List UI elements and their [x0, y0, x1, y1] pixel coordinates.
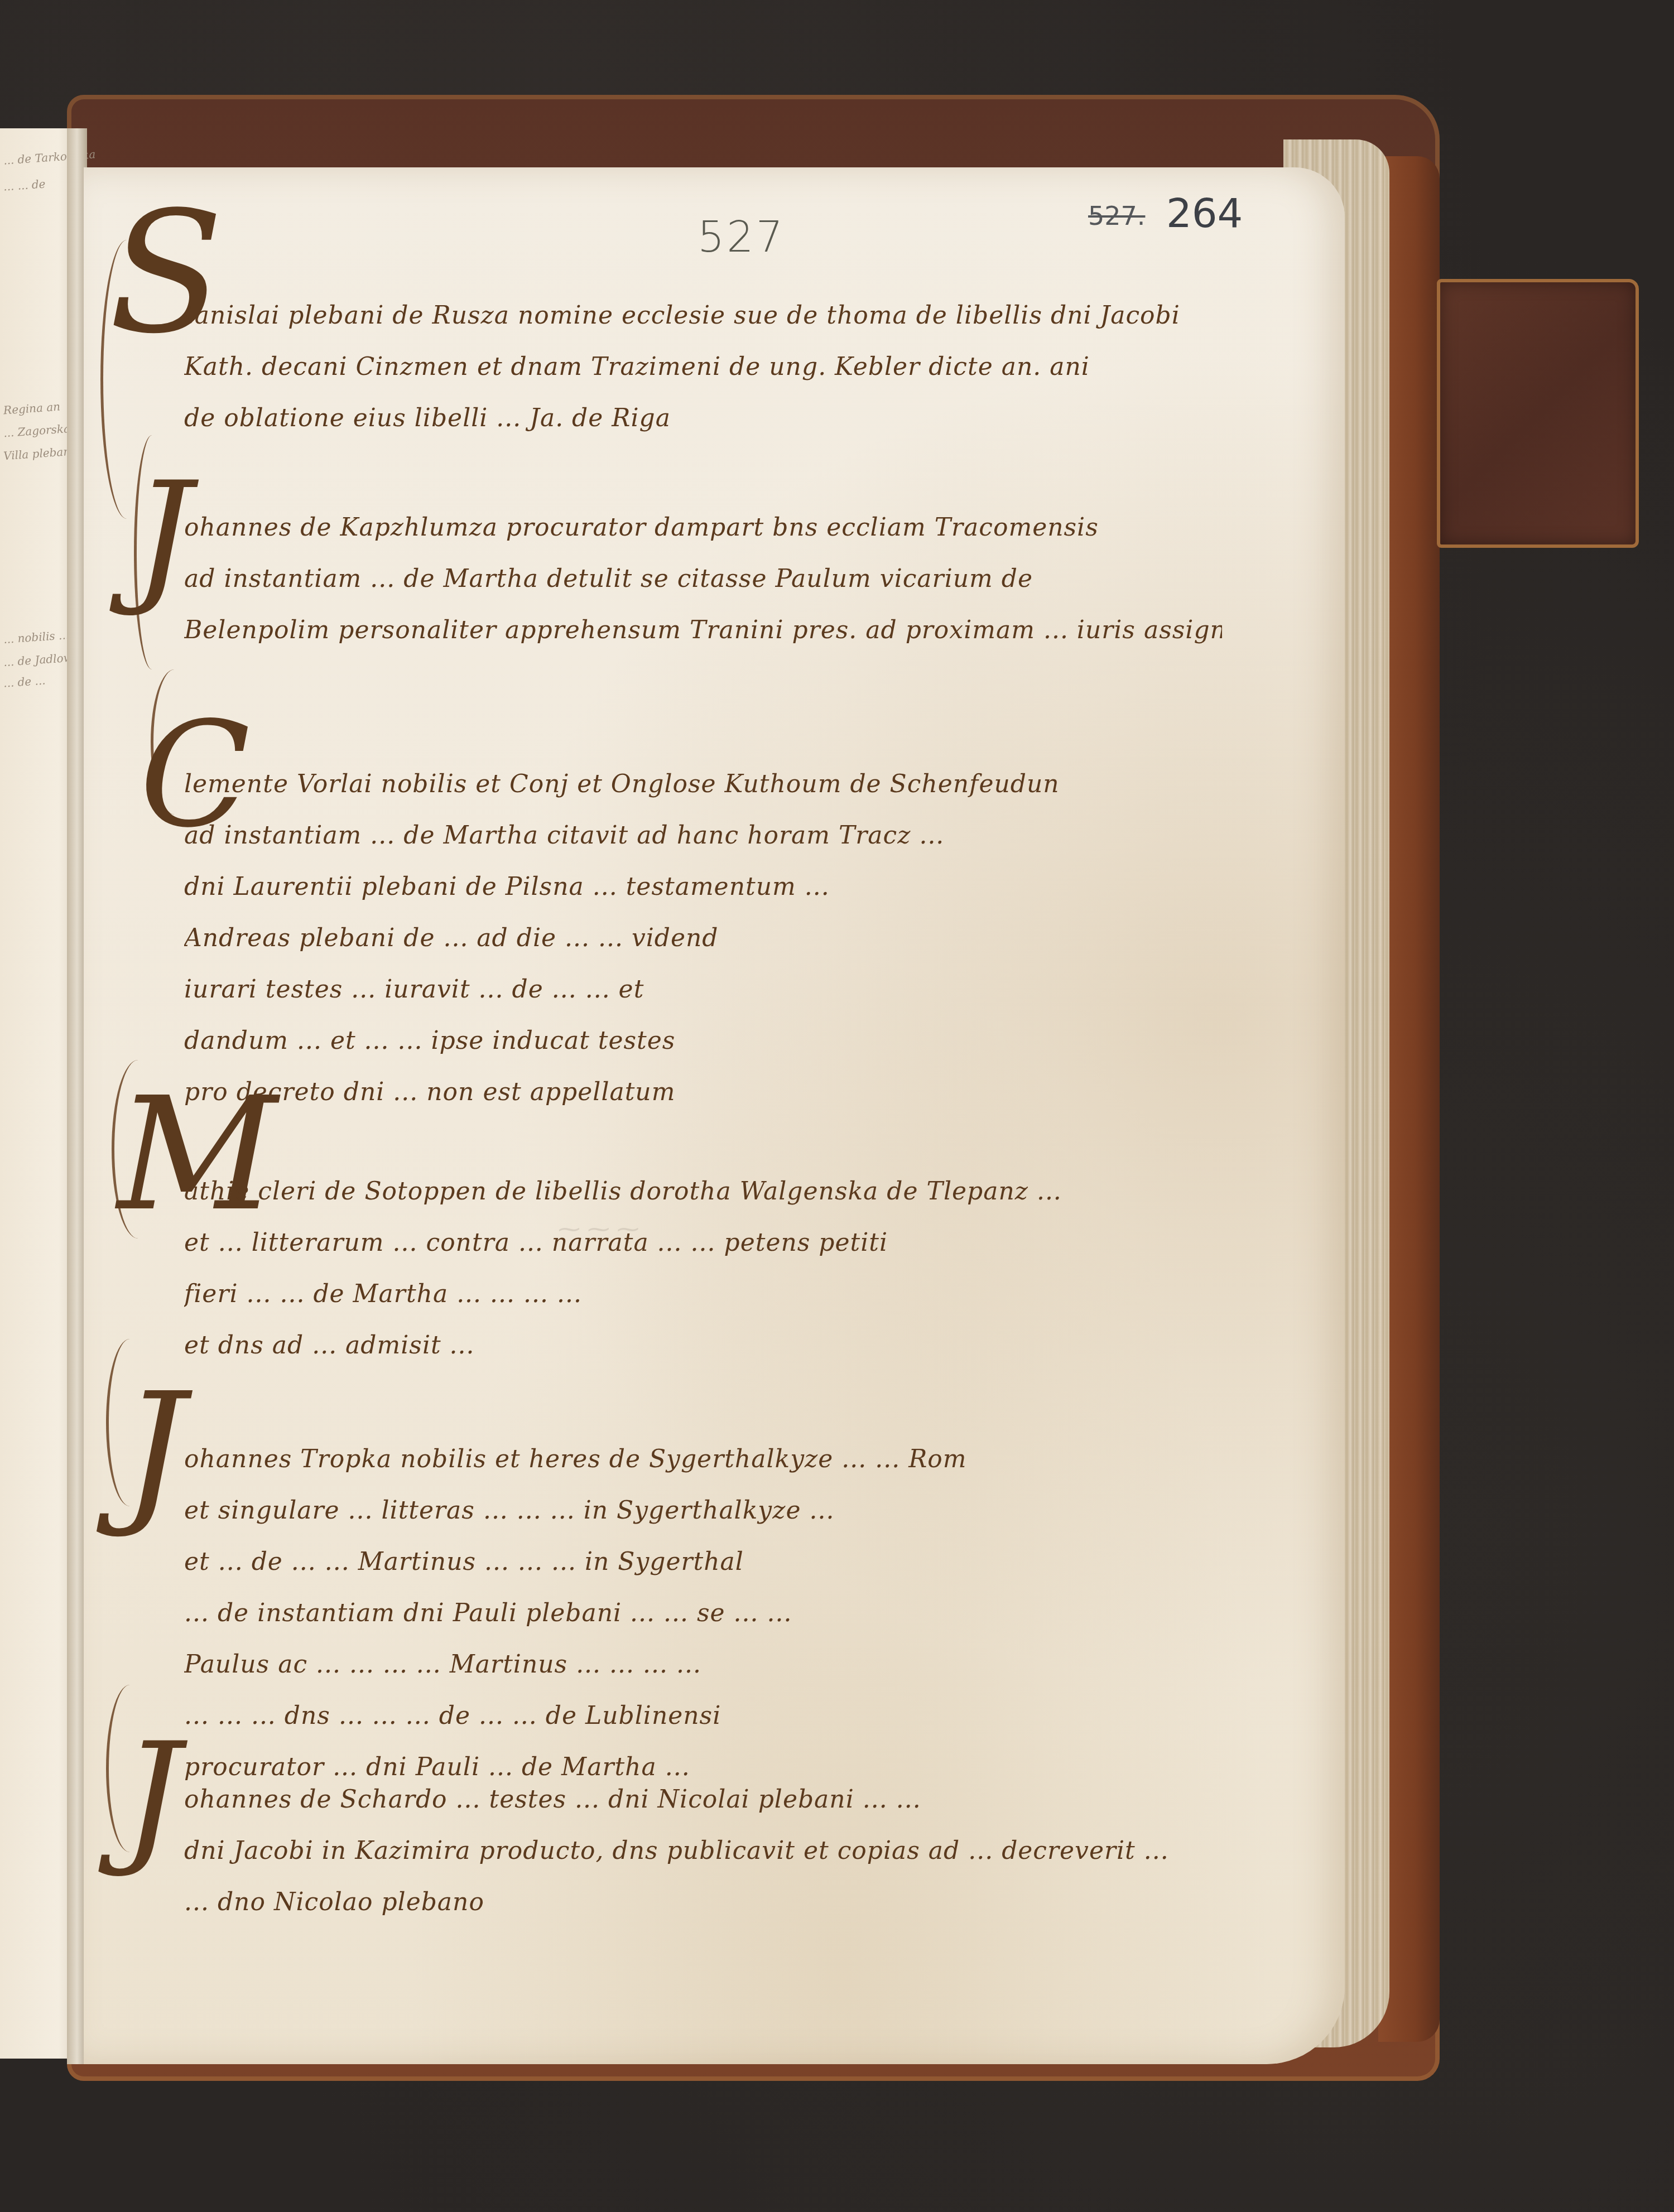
- entry-line: ad instantiam ... de Martha citavit ad h…: [184, 810, 1222, 861]
- register-entry: ohannes de Kapzhlumza procurator dampart…: [184, 502, 1222, 656]
- entry-line: Andreas plebani de ... ad die ... ... vi…: [184, 913, 1222, 964]
- register-entry: ohannes Tropka nobilis et heres de Syger…: [184, 1434, 1222, 1793]
- entry-line: et ... litterarum ... contra ... narrata…: [184, 1217, 1222, 1269]
- leather-clasp-strap: [1437, 279, 1639, 548]
- register-entry: ohannes de Schardo ... testes ... dni Ni…: [184, 1774, 1222, 1928]
- entry-line: ... ... ... dns ... ... ... de ... ... d…: [184, 1690, 1222, 1742]
- entry-line: ohannes Tropka nobilis et heres de Syger…: [184, 1434, 1222, 1485]
- entry-line: Paulus ac ... ... ... ... Martinus ... .…: [184, 1639, 1222, 1690]
- entry-line: fieri ... ... de Martha ... ... ... ...: [184, 1269, 1222, 1320]
- entry-line: de oblatione eius libelli ... Ja. de Rig…: [184, 393, 1222, 444]
- decorated-initial: J: [123, 1372, 185, 1529]
- marginal-note: ... ... de: [3, 177, 46, 193]
- entry-line: pro decreto dni ... non est appellatum: [184, 1067, 1222, 1118]
- marginal-note: Regina an: [3, 399, 60, 417]
- marginal-note: ... nobilis ...: [3, 628, 69, 646]
- entry-line: lemente Vorlai nobilis et Conj et Onglos…: [184, 759, 1222, 810]
- decorated-initial: J: [123, 1724, 181, 1869]
- entry-line: et singulare ... litteras ... ... ... in…: [184, 1485, 1222, 1536]
- folio-number-center: 527: [698, 212, 785, 262]
- entry-line: ... de instantiam dni Pauli plebani ... …: [184, 1588, 1222, 1639]
- entry-line: et dns ad ... admisit ...: [184, 1320, 1222, 1371]
- register-entry: lemente Vorlai nobilis et Conj et Onglos…: [184, 759, 1222, 1118]
- register-entry: athie cleri de Sotoppen de libellis doro…: [184, 1166, 1222, 1371]
- marginal-note: ... Zagorska: [3, 422, 70, 440]
- entry-line: ad instantiam ... de Martha detulit se c…: [184, 553, 1222, 605]
- register-entry: tanislai plebani de Rusza nomine ecclesi…: [184, 290, 1222, 444]
- entry-line: dandum ... et ... ... ipse inducat teste…: [184, 1015, 1222, 1067]
- entry-line: et ... de ... ... Martinus ... ... ... i…: [184, 1536, 1222, 1588]
- entry-line: Kath. decani Cinzmen et dnam Trazimeni d…: [184, 341, 1222, 393]
- entry-line: ohannes de Schardo ... testes ... dni Ni…: [184, 1774, 1222, 1825]
- decorated-initial: J: [134, 463, 192, 608]
- entry-line: dni Jacobi in Kazimira producto, dns pub…: [184, 1825, 1222, 1877]
- entry-line: athie cleri de Sotoppen de libellis doro…: [184, 1166, 1222, 1217]
- entry-line: ... dno Nicolao plebano: [184, 1877, 1222, 1928]
- folio-number-crossed-out: 527.: [1088, 201, 1145, 231]
- marginal-note: ... de ...: [3, 673, 46, 690]
- entry-line: ohannes de Kapzhlumza procurator dampart…: [184, 502, 1222, 553]
- entry-line: tanislai plebani de Rusza nomine ecclesi…: [184, 290, 1222, 341]
- folio-number-corner: 264: [1166, 190, 1243, 237]
- entry-line: iurari testes ... iuravit ... de ... ...…: [184, 964, 1222, 1015]
- entry-line: Belenpolim personaliter apprehensum Tran…: [184, 605, 1222, 656]
- entry-line: dni Laurentii plebani de Pilsna ... test…: [184, 861, 1222, 913]
